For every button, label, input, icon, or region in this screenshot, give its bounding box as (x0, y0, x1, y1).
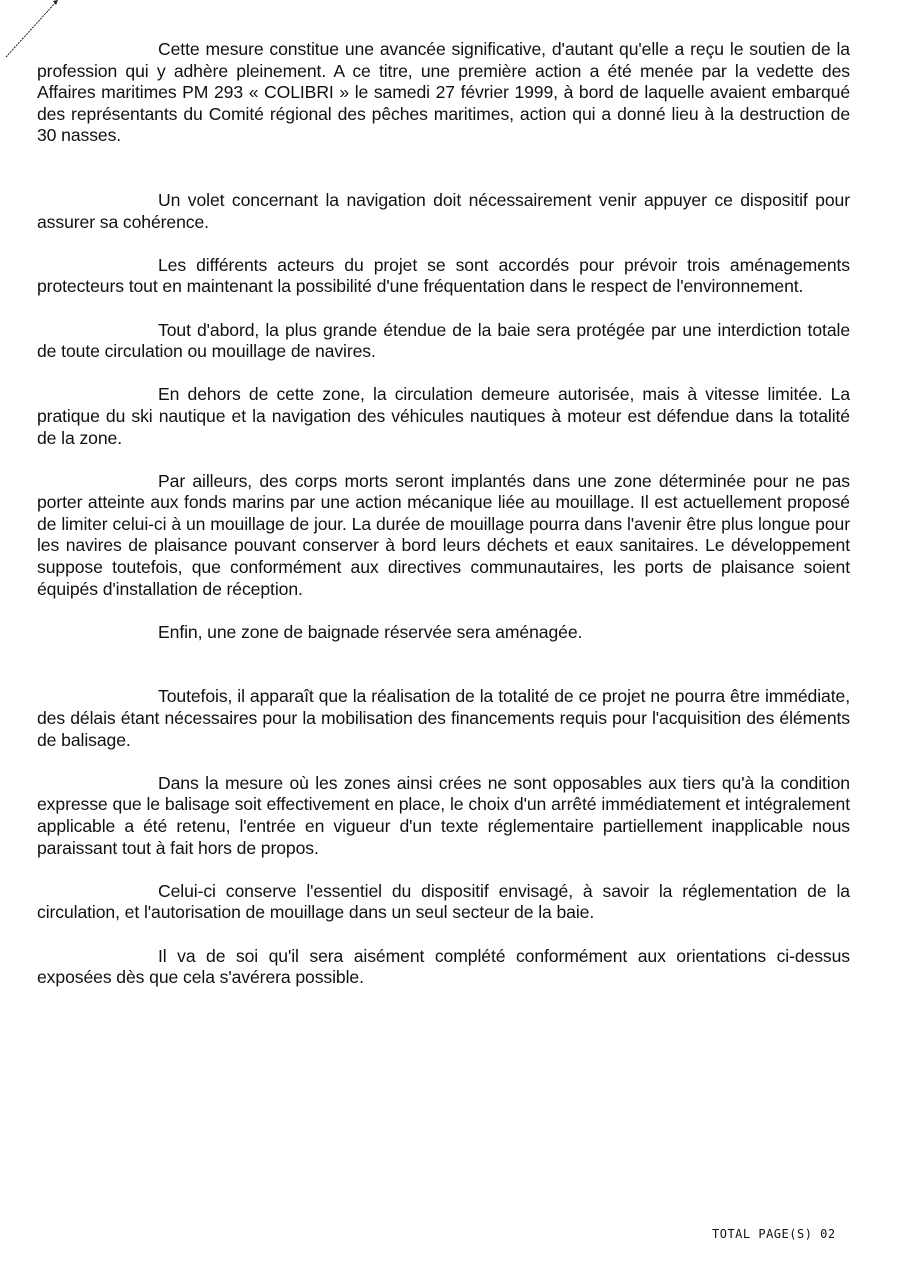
paragraph-3: Les différents acteurs du projet se sont… (37, 255, 850, 298)
paragraph-8: Toutefois, il apparaît que la réalisatio… (37, 686, 850, 751)
fax-page-count: TOTAL PAGE(S) 02 (712, 1227, 836, 1241)
paragraph-7: Enfin, une zone de baignade réservée ser… (37, 622, 850, 644)
paragraph-11: Il va de soi qu'il sera aisément complét… (37, 946, 850, 989)
paragraph-6: Par ailleurs, des corps morts seront imp… (37, 471, 850, 601)
document-body: Cette mesure constitue une avancée signi… (37, 39, 850, 989)
paragraph-9: Dans la mesure où les zones ainsi crées … (37, 773, 850, 859)
paragraph-4: Tout d'abord, la plus grande étendue de … (37, 320, 850, 363)
paragraph-2: Un volet concernant la navigation doit n… (37, 190, 850, 233)
paragraph-1: Cette mesure constitue une avancée signi… (37, 39, 850, 147)
paragraph-5: En dehors de cette zone, la circulation … (37, 384, 850, 449)
paragraph-10: Celui-ci conserve l'essentiel du disposi… (37, 881, 850, 924)
